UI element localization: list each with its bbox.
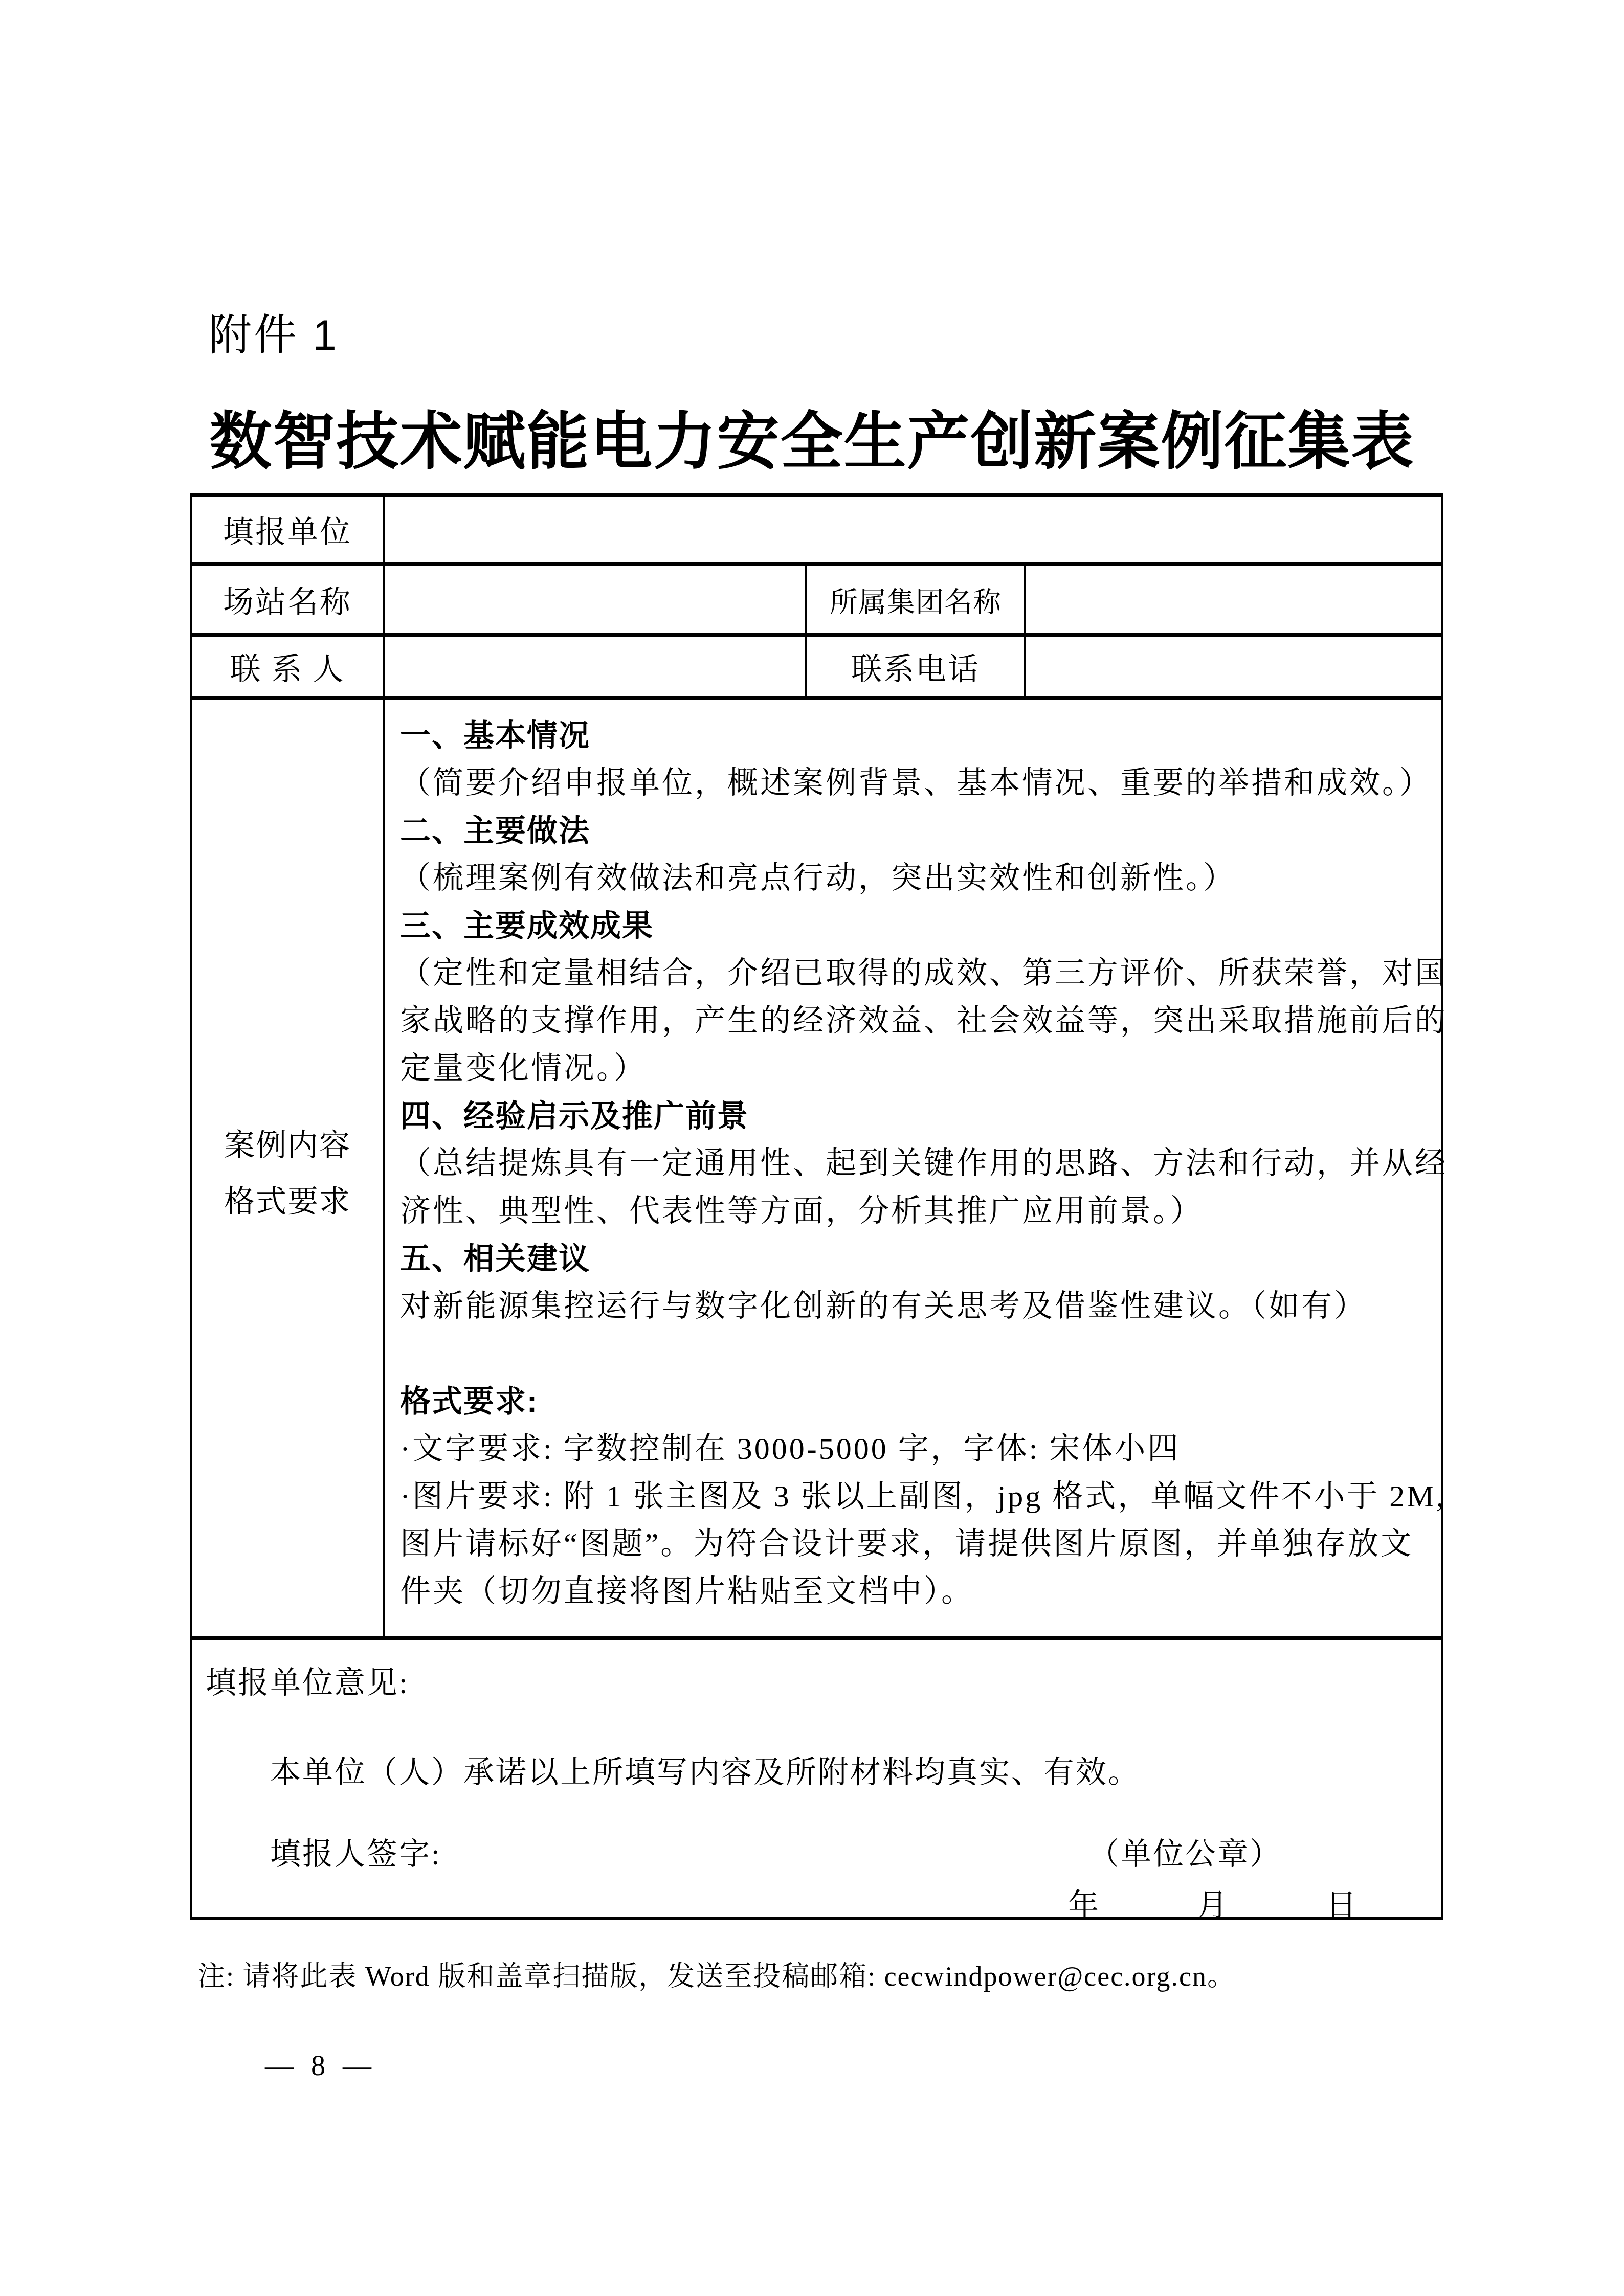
submission-note: 注: 请将此表 Word 版和盖章扫描版，发送至投稿邮箱: cecwindpow…: [197, 1954, 1236, 1994]
content-line: ·文字要求: 字数控制在 3000-5000 字，字体: 宋体小四: [400, 1425, 1430, 1473]
reporting-unit-input[interactable]: [385, 497, 1441, 562]
content-line: 家战略的支撑作用，产生的经济效益、社会效益等，突出采取措施前后的: [400, 997, 1430, 1045]
content-line: 四、经验启示及推广前景: [400, 1092, 1430, 1140]
content-line: 格式要求:: [400, 1378, 1430, 1425]
case-format-label-line1: 案例内容: [192, 1117, 383, 1174]
case-content-requirements: 一、基本情况（简要介绍申报单位，概述案例背景、基本情况、重要的举措和成效。）二、…: [400, 712, 1430, 1615]
opinion-section-label: 填报单位意见:: [206, 1658, 409, 1702]
table-row-divider-1: [190, 562, 1443, 566]
content-line: （简要介绍申报单位，概述案例背景、基本情况、重要的举措和成效。）: [400, 759, 1430, 807]
station-name-label: 场站名称: [192, 566, 383, 633]
signer-signature-label[interactable]: 填报人签字:: [270, 1830, 441, 1874]
content-line: 济性、典型性、代表性等方面，分析其推广应用前景。）: [400, 1187, 1430, 1235]
unit-seal-label: （单位公章）: [1088, 1830, 1282, 1874]
table-row-divider-3: [190, 696, 1443, 700]
attachment-number-label: 附件 1: [209, 307, 339, 363]
table-border-right: [1441, 493, 1443, 1920]
content-line: （总结提炼具有一定通用性、起到关键作用的思路、方法和行动，并从经: [400, 1140, 1430, 1187]
group-name-input[interactable]: [1026, 566, 1441, 633]
content-line: 件夹（切勿直接将图片粘贴至文档中）。: [400, 1568, 1430, 1615]
reporting-unit-label: 填报单位: [192, 497, 383, 562]
content-line: 二、主要做法: [400, 807, 1430, 854]
group-name-label: 所属集团名称: [807, 566, 1024, 633]
contact-phone-input[interactable]: [1026, 637, 1441, 696]
content-line: 图片请标好“图题”。为符合设计要求，请提供图片原图，并单独存放文: [400, 1520, 1430, 1568]
case-format-label-line2: 格式要求: [192, 1174, 383, 1230]
date-fill-line[interactable]: 年 月 日: [1068, 1881, 1358, 1925]
case-format-requirements-label: 案例内容 格式要求: [192, 1117, 383, 1230]
content-line: 一、基本情况: [400, 712, 1430, 759]
content-line: （定性和定量相结合，介绍已取得的成效、第三方评价、所获荣誉，对国: [400, 950, 1430, 997]
content-line: 三、主要成效成果: [400, 902, 1430, 950]
table-row-divider-4: [190, 1636, 1443, 1640]
contact-person-input[interactable]: [385, 637, 805, 696]
content-line: 对新能源集控运行与数字化创新的有关思考及借鉴性建议。（如有）: [400, 1282, 1430, 1330]
content-line: （梳理案例有效做法和亮点行动，突出实效性和创新性。）: [400, 854, 1430, 902]
contact-person-label: 联 系 人: [192, 637, 383, 696]
table-row-divider-2: [190, 633, 1443, 637]
content-line: [400, 1330, 1430, 1378]
content-line: ·图片要求: 附 1 张主图及 3 张以上副图，jpg 格式，单幅文件不小于 2…: [400, 1473, 1430, 1520]
contact-phone-label: 联系电话: [807, 637, 1024, 696]
content-line: 五、相关建议: [400, 1235, 1430, 1282]
station-name-input[interactable]: [385, 566, 805, 633]
page-title: 数智技术赋能电力安全生产创新案例征集表: [0, 404, 1624, 481]
commitment-statement: 本单位（人）承诺以上所填写内容及所附材料均真实、有效。: [270, 1748, 1140, 1792]
content-line: 定量变化情况。）: [400, 1045, 1430, 1092]
table-border-top: [190, 493, 1443, 497]
document-page: 附件 1 数智技术赋能电力安全生产创新案例征集表 填报单位 场站名称 所属集团名…: [0, 0, 1624, 2296]
page-number: — 8 —: [265, 2050, 376, 2082]
